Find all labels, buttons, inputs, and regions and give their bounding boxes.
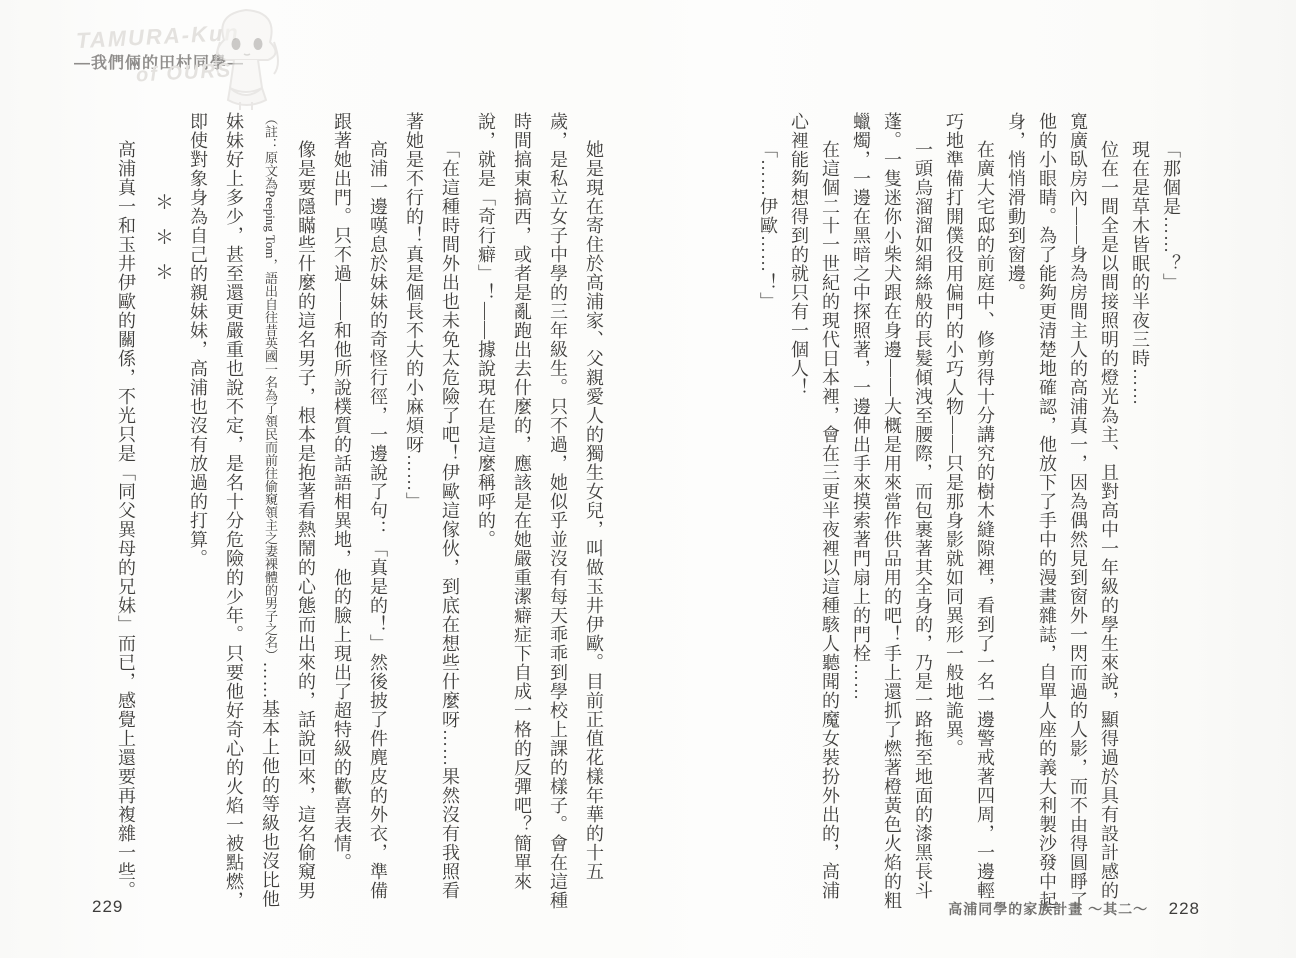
body-paragraph: 一頭烏溜溜如絹絲般的長髮傾洩至腰際，而包裹著其全身的，乃是一路拖至地面的漆黑長斗… — [845, 112, 938, 912]
chibi-girl-icon — [196, 2, 296, 114]
body-paragraph: 她是現在寄住於高浦家、父親愛人的獨生女兒，叫做玉井伊歐。目前正值花樣年華的十五歲… — [468, 112, 612, 912]
body-paragraph-with-note: 像是要隱瞞些什麼的這名男子，根本是抱著看熱鬧的心態而出來的，話說回來，這名偷窺男… — [180, 112, 324, 912]
translator-note: （註：原文為Peeping Tom，語出自往昔英國一名為了領民而前往偷窺領主之妻… — [263, 112, 278, 662]
book-spread: TAMURA-Kun —我們倆的田村同學— of OURS 「那個是……？」 現… — [0, 0, 1296, 958]
dialogue-paragraph: 「在這種時間外出也未免太危險了吧！伊歐這傢伙，到底在想些什麼呀……果然沒有我照看… — [396, 112, 468, 912]
body-paragraph: 在這個二十一世紀的現代日本裡，會在三更半夜裡以這種駭人聽聞的魔女裝扮外出的，高浦… — [783, 112, 845, 912]
section-break: ＊＊＊ — [144, 112, 180, 912]
left-page-text: 她是現在寄住於高浦家、父親愛人的獨生女兒，叫做玉井伊歐。目前正值花樣年華的十五歲… — [102, 112, 612, 912]
paragraph-segment: 像是要隱瞞些什麼的這名男子，根本是抱著看熱鬧的心態而出來的，話說回來，這名偷窺男 — [296, 140, 316, 900]
body-paragraph: 在廣大宅邸的前庭中、修剪得十分講究的樹木縫隙裡，看到了一名一邊警戒著四周，一邊輕… — [938, 112, 1000, 912]
dialogue-paragraph: 「……伊歐……！」 — [752, 112, 783, 912]
right-page-number: 228 — [1169, 899, 1200, 918]
body-paragraph: 高浦一邊嘆息於妹妹的奇怪行徑，一邊說了句：「真是的！」然後披了件麂皮的外衣，準備… — [324, 112, 396, 912]
dialogue-paragraph: 「那個是……？」 — [1155, 112, 1186, 912]
body-paragraph: 現在是草木皆眠的半夜三時…… — [1124, 112, 1155, 912]
left-page-number: 229 — [92, 897, 123, 917]
body-paragraph: 位在一間全是以間接照明的燈光為主、且對高中一年級的學生來說，顯得過於具有設計感的… — [1000, 112, 1124, 912]
right-page-text: 「那個是……？」 現在是草木皆眠的半夜三時…… 位在一間全是以間接照明的燈光為主… — [722, 112, 1186, 912]
body-paragraph: 高浦真一和玉井伊歐的關係，不光只是「同父異母的兄妹」而已，感覺上還要再複雜一些。 — [108, 112, 144, 912]
right-page-footer: 高浦同學的家族計畫 ～其二～ 228 — [948, 899, 1200, 919]
chapter-title: 高浦同學的家族計畫 ～其二～ — [948, 901, 1148, 917]
